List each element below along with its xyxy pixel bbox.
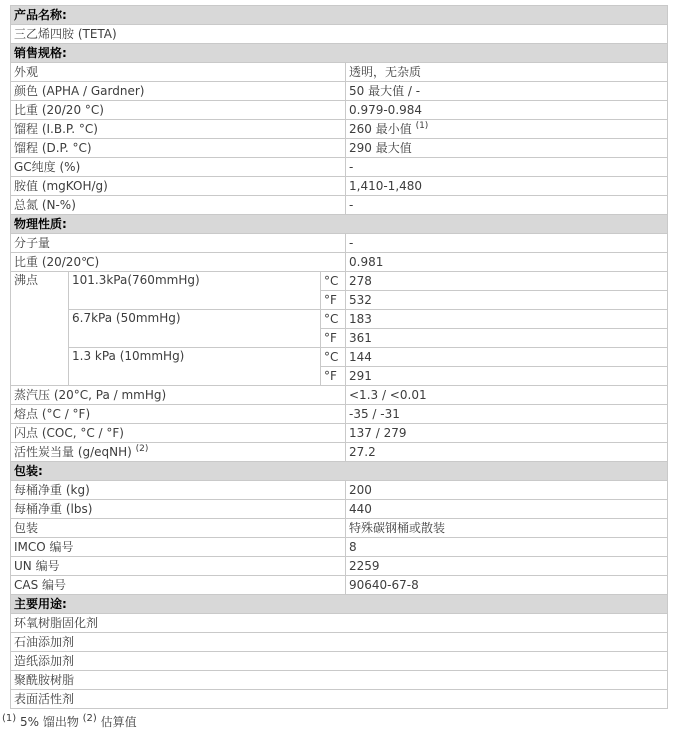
table-row: 1.3 kPa (10mmHg) °C 144 [11, 348, 668, 367]
table-row: GC纯度 (%) - [11, 158, 668, 177]
table-row: 外观 透明，无杂质 [11, 63, 668, 82]
row-value: 1,410-1,480 [346, 177, 668, 196]
table-row: 馏程 (I.B.P. °C) 260 最小值 (1) [11, 120, 668, 139]
table-row: 包装: [11, 462, 668, 481]
table-row: 销售规格: [11, 44, 668, 63]
section-header-product: 产品名称: [11, 6, 668, 25]
product-spec-page: 产品名称: 三乙烯四胺 (TETA) 销售规格: 外观 透明，无杂质 颜色 (A… [0, 0, 689, 731]
table-row: 颜色 (APHA / Gardner) 50 最大值 / - [11, 82, 668, 101]
table-row: 比重 (20/20℃) 0.981 [11, 253, 668, 272]
row-value: 440 [346, 500, 668, 519]
table-row: IMCO 编号 8 [11, 538, 668, 557]
row-value-text: 260 最小值 [349, 122, 412, 136]
footnote-marker: (1) [416, 121, 429, 131]
row-label: 包装 [11, 519, 346, 538]
product-name: 三乙烯四胺 (TETA) [11, 25, 668, 44]
row-label: 馏程 (D.P. °C) [11, 139, 346, 158]
use-item: 造纸添加剂 [11, 652, 668, 671]
row-label: 每桶净重 (kg) [11, 481, 346, 500]
unit-celsius: °C [321, 348, 346, 367]
table-row: 表面活性剂 [11, 690, 668, 709]
row-value: 0.979-0.984 [346, 101, 668, 120]
row-label: 分子量 [11, 234, 346, 253]
row-value: 260 最小值 (1) [346, 120, 668, 139]
table-row: 闪点 (COC, °C / °F) 137 / 279 [11, 424, 668, 443]
unit-fahrenheit: °F [321, 367, 346, 386]
row-label: 胺值 (mgKOH/g) [11, 177, 346, 196]
row-value: 144 [346, 348, 668, 367]
boiling-point-label: 沸点 [11, 272, 69, 386]
unit-celsius: °C [321, 272, 346, 291]
row-label: 活性炭当量 (g/eqNH) (2) [11, 443, 346, 462]
table-row: 三乙烯四胺 (TETA) [11, 25, 668, 44]
row-value: 2259 [346, 557, 668, 576]
row-value: 特殊碳钢桶或散装 [346, 519, 668, 538]
use-item: 聚酰胺树脂 [11, 671, 668, 690]
row-value: 27.2 [346, 443, 668, 462]
product-spec-table: 产品名称: 三乙烯四胺 (TETA) 销售规格: 外观 透明，无杂质 颜色 (A… [10, 5, 668, 709]
footnote-text-2: 估算值 [97, 715, 137, 729]
row-label: CAS 编号 [11, 576, 346, 595]
row-value: 200 [346, 481, 668, 500]
use-item: 表面活性剂 [11, 690, 668, 709]
table-row: CAS 编号 90640-67-8 [11, 576, 668, 595]
row-value: 290 最大值 [346, 139, 668, 158]
table-row: 总氮 (N-%) - [11, 196, 668, 215]
table-row: 环氧树脂固化剂 [11, 614, 668, 633]
row-label: 比重 (20/20 °C) [11, 101, 346, 120]
row-label: 总氮 (N-%) [11, 196, 346, 215]
table-row: 造纸添加剂 [11, 652, 668, 671]
table-row: 胺值 (mgKOH/g) 1,410-1,480 [11, 177, 668, 196]
row-label-text: 活性炭当量 (g/eqNH) [14, 445, 132, 459]
row-value: <1.3 / <0.01 [346, 386, 668, 405]
table-row: 每桶净重 (kg) 200 [11, 481, 668, 500]
row-value: 183 [346, 310, 668, 329]
unit-fahrenheit: °F [321, 291, 346, 310]
pressure-label: 1.3 kPa (10mmHg) [69, 348, 321, 386]
footnote-marker-1: (1) [2, 713, 16, 724]
footnotes: (1) 5% 馏出物 (2) 估算值 [2, 714, 689, 730]
footnote-marker-2: (2) [83, 713, 97, 724]
row-value: 0.981 [346, 253, 668, 272]
pressure-label: 6.7kPa (50mmHg) [69, 310, 321, 348]
row-value: - [346, 196, 668, 215]
row-label: IMCO 编号 [11, 538, 346, 557]
section-header-packaging: 包装: [11, 462, 668, 481]
row-value: -35 / -31 [346, 405, 668, 424]
row-label: 外观 [11, 63, 346, 82]
row-value: 90640-67-8 [346, 576, 668, 595]
table-row: 每桶净重 (lbs) 440 [11, 500, 668, 519]
footnote-marker: (2) [136, 444, 149, 454]
row-label: 蒸汽压 (20°C, Pa / mmHg) [11, 386, 346, 405]
row-value: 8 [346, 538, 668, 557]
row-label: 馏程 (I.B.P. °C) [11, 120, 346, 139]
section-header-sales-spec: 销售规格: [11, 44, 668, 63]
row-label: 每桶净重 (lbs) [11, 500, 346, 519]
table-row: 活性炭当量 (g/eqNH) (2) 27.2 [11, 443, 668, 462]
row-label: 闪点 (COC, °C / °F) [11, 424, 346, 443]
row-label: 颜色 (APHA / Gardner) [11, 82, 346, 101]
row-value: 291 [346, 367, 668, 386]
table-row: 熔点 (°C / °F) -35 / -31 [11, 405, 668, 424]
row-value: 透明，无杂质 [346, 63, 668, 82]
table-row: 石油添加剂 [11, 633, 668, 652]
section-header-physical: 物理性质: [11, 215, 668, 234]
row-label: 比重 (20/20℃) [11, 253, 346, 272]
row-value: - [346, 234, 668, 253]
table-row: 物理性质: [11, 215, 668, 234]
pressure-label: 101.3kPa(760mmHg) [69, 272, 321, 310]
row-value: 361 [346, 329, 668, 348]
row-value: - [346, 158, 668, 177]
table-row: UN 编号 2259 [11, 557, 668, 576]
table-row: 主要用途: [11, 595, 668, 614]
table-row: 蒸汽压 (20°C, Pa / mmHg) <1.3 / <0.01 [11, 386, 668, 405]
row-label: UN 编号 [11, 557, 346, 576]
table-row: 产品名称: [11, 6, 668, 25]
table-row: 沸点 101.3kPa(760mmHg) °C 278 [11, 272, 668, 291]
table-row: 聚酰胺树脂 [11, 671, 668, 690]
row-value: 532 [346, 291, 668, 310]
row-label: 熔点 (°C / °F) [11, 405, 346, 424]
row-value: 278 [346, 272, 668, 291]
row-label: GC纯度 (%) [11, 158, 346, 177]
footnote-text-1: 5% 馏出物 [16, 715, 82, 729]
table-row: 分子量 - [11, 234, 668, 253]
unit-fahrenheit: °F [321, 329, 346, 348]
table-row: 比重 (20/20 °C) 0.979-0.984 [11, 101, 668, 120]
use-item: 环氧树脂固化剂 [11, 614, 668, 633]
table-row: 6.7kPa (50mmHg) °C 183 [11, 310, 668, 329]
row-value: 137 / 279 [346, 424, 668, 443]
use-item: 石油添加剂 [11, 633, 668, 652]
table-row: 馏程 (D.P. °C) 290 最大值 [11, 139, 668, 158]
table-row: 包装 特殊碳钢桶或散装 [11, 519, 668, 538]
row-value: 50 最大值 / - [346, 82, 668, 101]
section-header-uses: 主要用途: [11, 595, 668, 614]
unit-celsius: °C [321, 310, 346, 329]
